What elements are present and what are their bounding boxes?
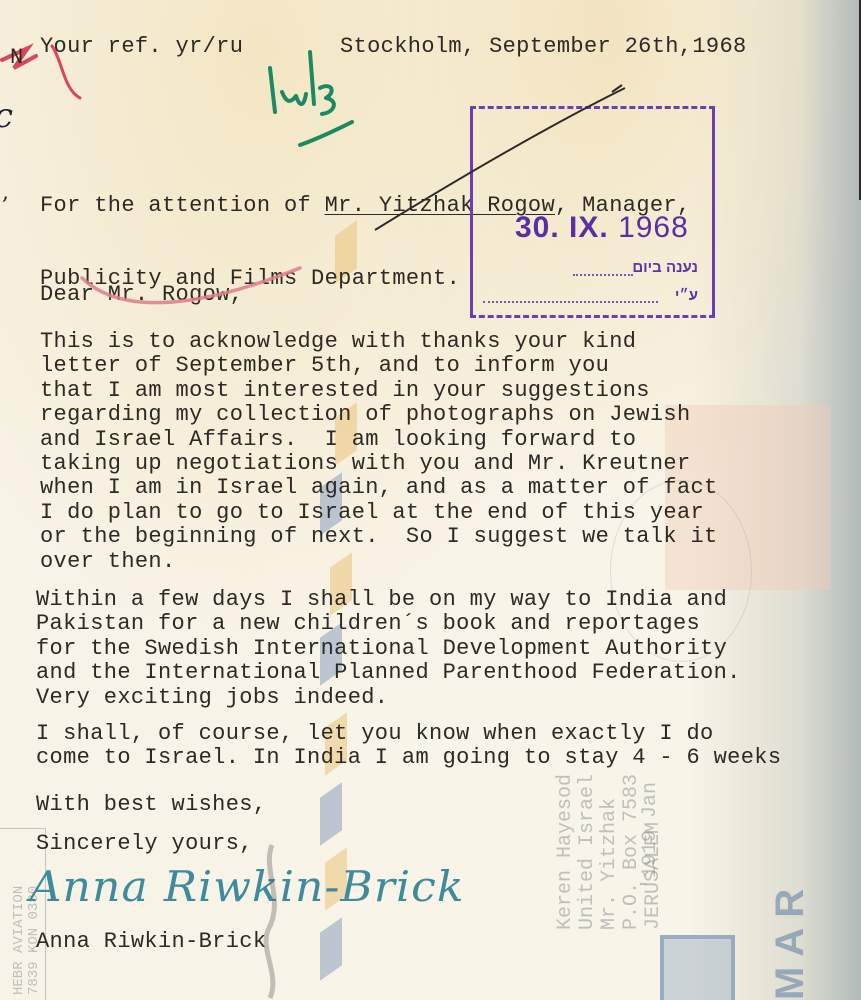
stamp-day-month: 30. IX. <box>515 211 609 244</box>
body-paragraph-1: This is to acknowledge with thanks your … <box>40 330 718 574</box>
closing-sincerely: Sincerely yours, <box>36 832 253 856</box>
stamp-by-label: ע״י <box>675 287 698 304</box>
received-stamp: 30. IX. 1968 נענה ביום ע״י <box>470 106 715 318</box>
closing-wishes: With best wishes, <box>36 793 266 817</box>
stamp-received-label: נענה ביום <box>632 259 698 276</box>
margin-handwriting: c <box>0 96 13 136</box>
body-paragraph-3: I shall, of course, let you know when ex… <box>36 722 781 771</box>
reference-line: Your ref. yr/ru <box>40 35 243 59</box>
handwritten-signature: Anna Riwkin-Brick <box>30 862 465 911</box>
airmail-stripe <box>320 917 342 980</box>
typed-signature-name: Anna Riwkin-Brick <box>36 930 266 954</box>
stamp-dotted-line <box>483 301 658 303</box>
salutation: Dear Mr. Rogow, <box>40 283 243 307</box>
stamp-year: 1968 <box>618 211 689 244</box>
place-date: Stockholm, September 26th,1968 <box>340 35 747 59</box>
bleed-through-postage-stamp <box>660 935 735 1000</box>
bleed-through-airmail-label: MAR <box>768 879 813 1000</box>
stamp-dotted-line <box>573 274 633 276</box>
stamp-date: 30. IX. 1968 <box>515 211 689 245</box>
letter-paper: Keren Hayesod United Israel Mr. Yitzhak … <box>0 0 861 1000</box>
green-handwritten-note-icon <box>270 52 352 145</box>
bleed-through-postmark-text: '1919 Jan <box>640 782 662 890</box>
body-paragraph-2: Within a few days I shall be on my way t… <box>36 588 741 710</box>
airmail-stripe <box>320 782 342 845</box>
margin-mark: , <box>2 180 9 205</box>
svg-text:N: N <box>10 45 23 70</box>
attention-prefix: For the attention of <box>40 193 325 218</box>
